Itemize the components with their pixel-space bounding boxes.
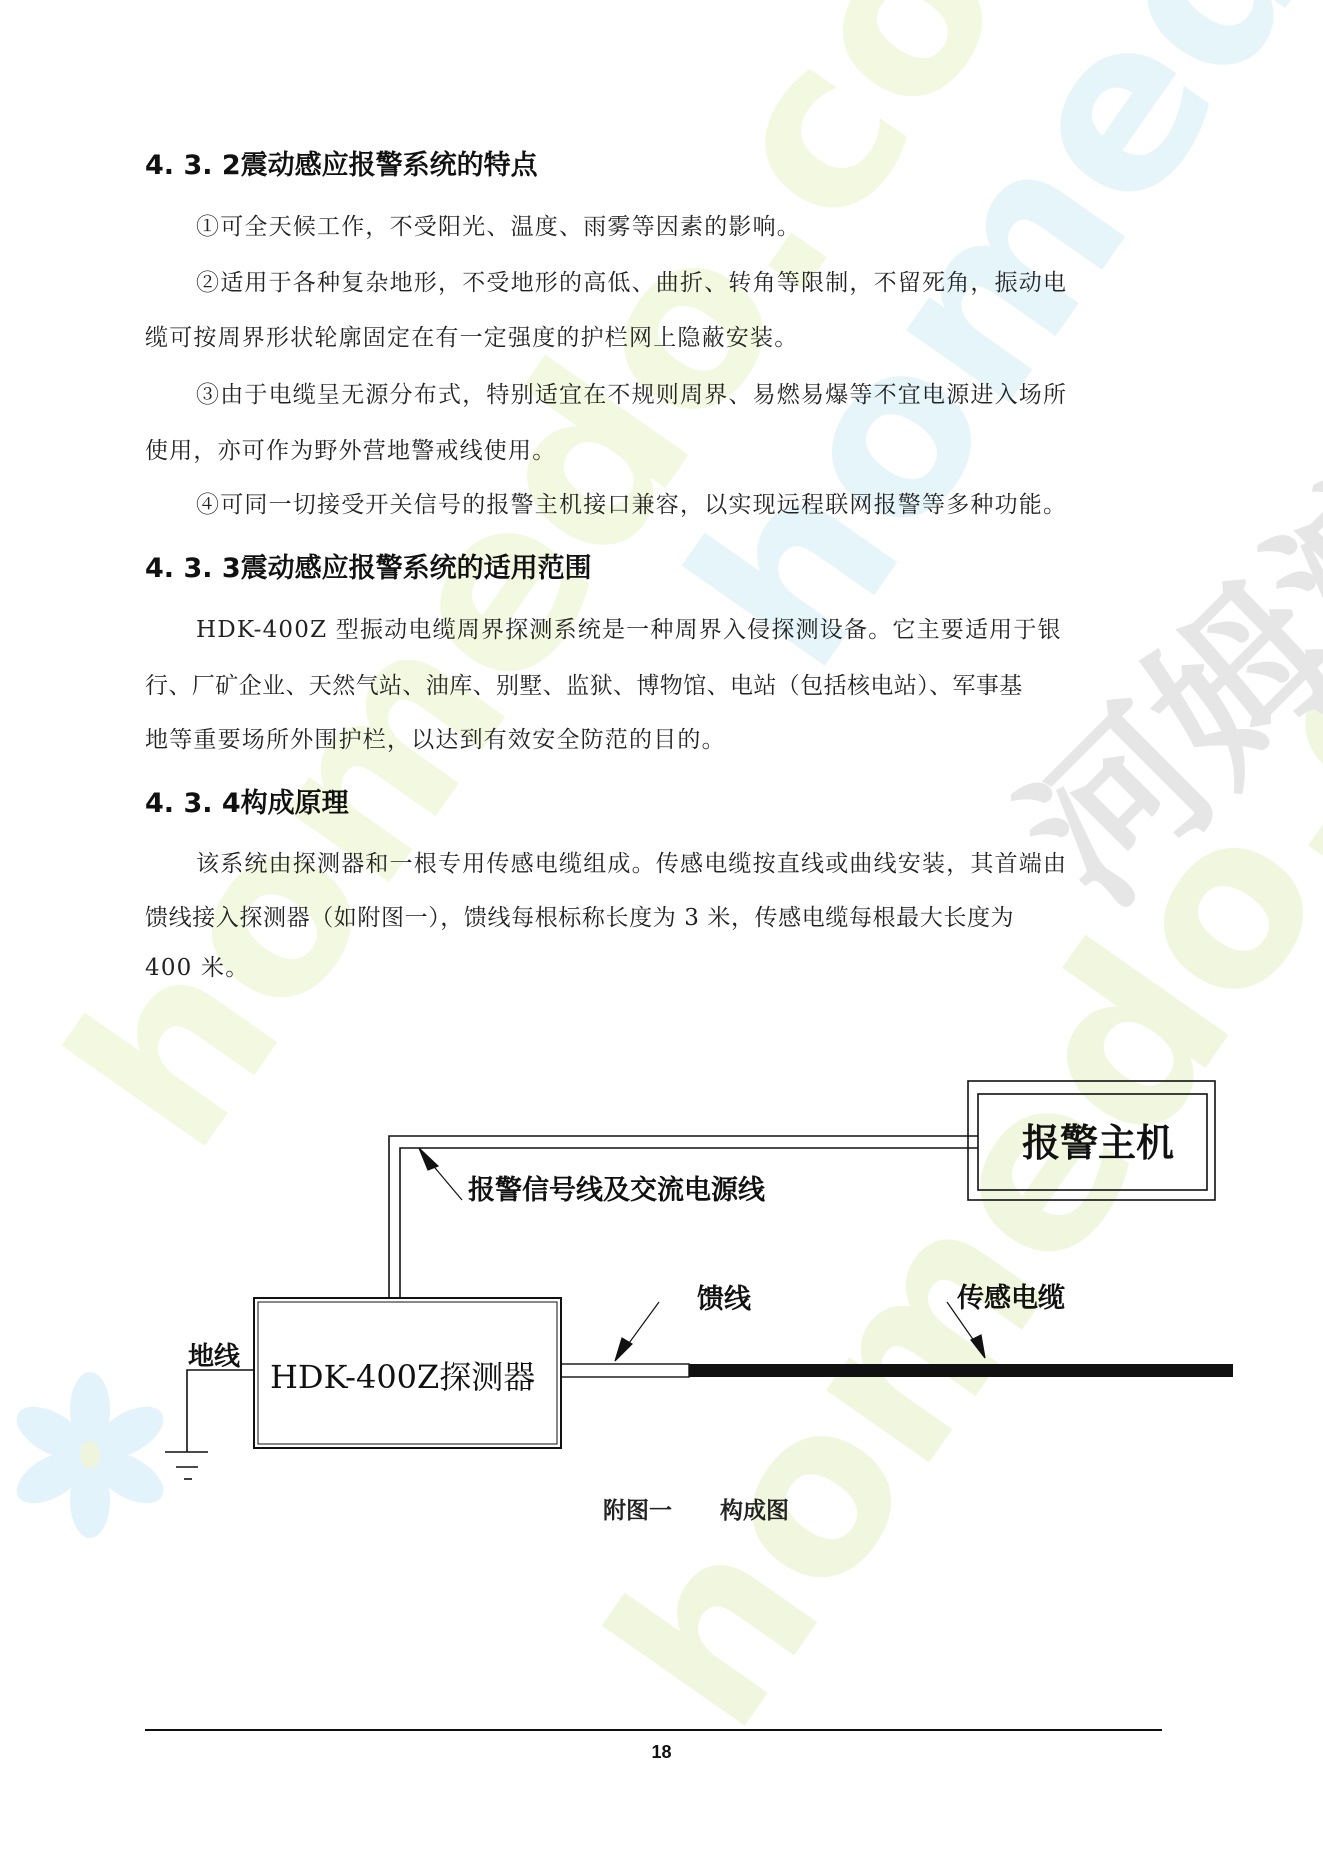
detector-label: HDK-400Z探测器 [270,1352,535,1398]
feeder-label: 馈线 [697,1277,751,1316]
page-number: 18 [0,1742,1323,1763]
figure-caption: 附图一 构成图 [603,1492,789,1525]
sensor-cable-label: 传感电缆 [957,1276,1065,1315]
diagram-lines [0,0,1323,1871]
composition-diagram: 报警主机 报警信号线及交流电源线 HDK-400Z探测器 地线 馈线 传感电缆 … [0,0,1323,1871]
ground-label: 地线 [188,1336,240,1373]
signal-line-label: 报警信号线及交流电源线 [468,1168,765,1207]
footer-divider [145,1729,1162,1731]
alarm-host-label: 报警主机 [1022,1112,1174,1167]
